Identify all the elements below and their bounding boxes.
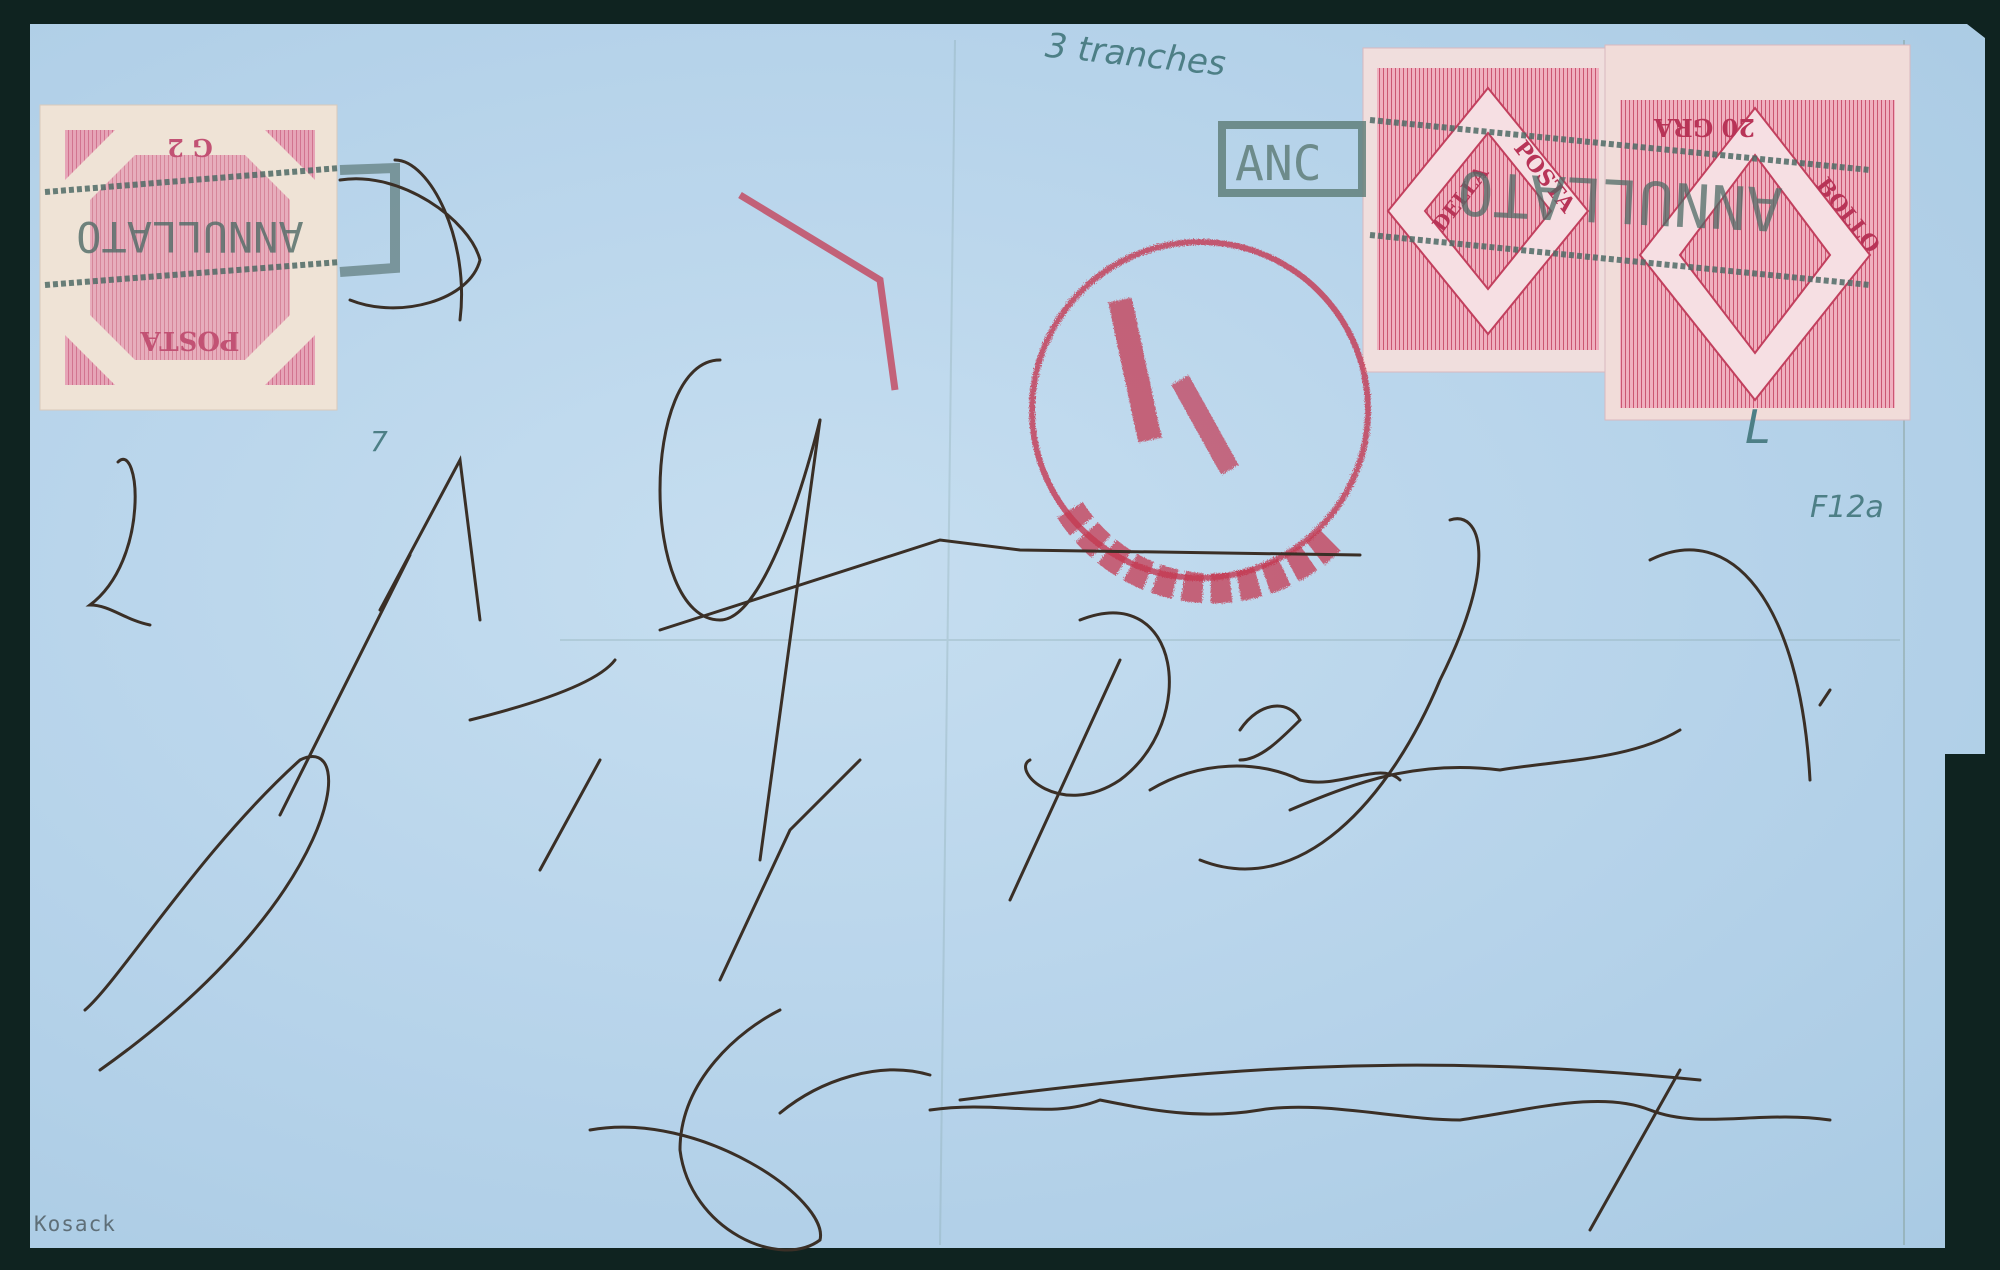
svg-text:G 2: G 2	[167, 133, 213, 162]
pencil-note-small: 7	[370, 425, 388, 458]
annulled-text-left: ANNULLATO	[76, 212, 304, 261]
pencil-note-initial: L	[1745, 400, 1771, 454]
pencil-note-reference: F12a	[1810, 490, 1884, 525]
boxed-handstamp-text: ANC	[1235, 136, 1322, 192]
svg-text:20 GRA: 20 GRA	[1654, 113, 1755, 142]
postal-cover-photo: POSTA G 2 ANNULLATO POSTA DELLA BOLLO 20	[0, 0, 2000, 1270]
red-circle-postmark	[1032, 242, 1368, 588]
photographer-credit: Kosack	[34, 1212, 116, 1236]
svg-text:POSTA: POSTA	[140, 325, 240, 355]
cover-artwork: POSTA G 2 ANNULLATO POSTA DELLA BOLLO 20	[0, 0, 2000, 1270]
